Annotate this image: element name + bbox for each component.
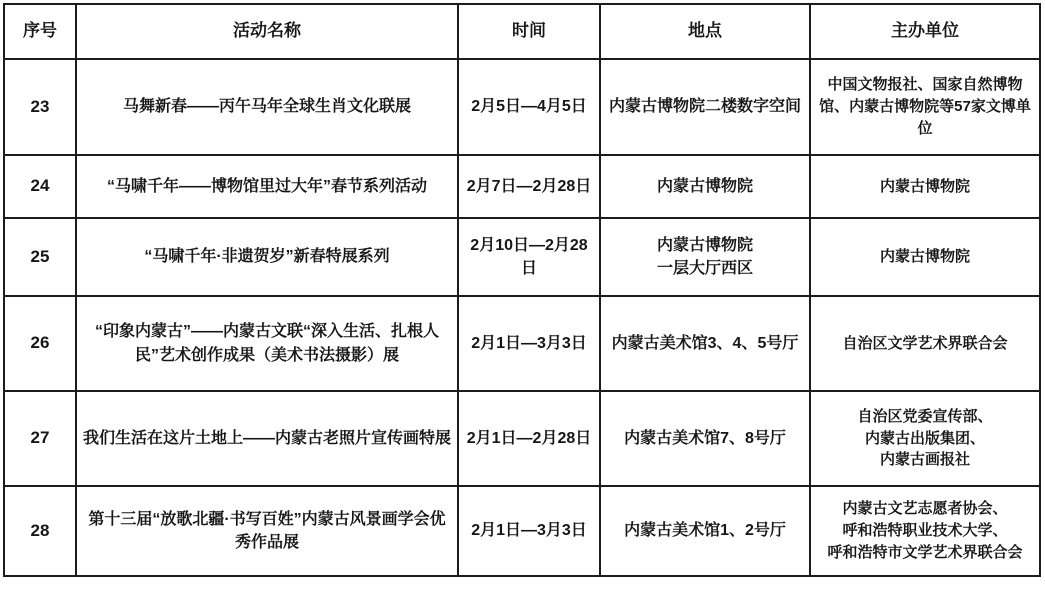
table-row: 27 我们生活在这片土地上——内蒙古老照片宣传画特展 2月1日—2月28日 内蒙… [4,391,1040,486]
header-organizer: 主办单位 [810,4,1040,59]
cell-location: 内蒙古博物院 一层大厅西区 [600,218,810,296]
page: 序号 活动名称 时间 地点 主办单位 23 马舞新春——丙午马年全球生肖文化联展… [0,0,1045,601]
cell-location: 内蒙古美术馆7、8号厅 [600,391,810,486]
header-location: 地点 [600,4,810,59]
table-row: 24 “马啸千年——博物馆里过大年”春节系列活动 2月7日—2月28日 内蒙古博… [4,155,1040,218]
cell-time: 2月5日—4月5日 [458,59,600,155]
cell-time: 2月10日—2月28日 [458,218,600,296]
table-header-row: 序号 活动名称 时间 地点 主办单位 [4,4,1040,59]
table-row: 25 “马啸千年·非遗贺岁”新春特展系列 2月10日—2月28日 内蒙古博物院 … [4,218,1040,296]
cell-organizer: 自治区党委宣传部、 内蒙古出版集团、 内蒙古画报社 [810,391,1040,486]
cell-serial-number: 25 [4,218,76,296]
cell-time: 2月1日—3月3日 [458,486,600,576]
cell-activity-name: “马啸千年·非遗贺岁”新春特展系列 [76,218,458,296]
cell-location: 内蒙古美术馆3、4、5号厅 [600,296,810,391]
cell-serial-number: 28 [4,486,76,576]
cell-location: 内蒙古美术馆1、2号厅 [600,486,810,576]
cell-activity-name: “马啸千年——博物馆里过大年”春节系列活动 [76,155,458,218]
cell-activity-name: 我们生活在这片土地上——内蒙古老照片宣传画特展 [76,391,458,486]
cell-location: 内蒙古博物院 [600,155,810,218]
cell-serial-number: 27 [4,391,76,486]
cell-time: 2月1日—3月3日 [458,296,600,391]
cell-organizer: 自治区文学艺术界联合会 [810,296,1040,391]
cell-serial-number: 24 [4,155,76,218]
cell-serial-number: 23 [4,59,76,155]
header-time: 时间 [458,4,600,59]
cell-location: 内蒙古博物院二楼数字空间 [600,59,810,155]
table-row: 26 “印象内蒙古”——内蒙古文联“深入生活、扎根人民”艺术创作成果（美术书法摄… [4,296,1040,391]
cell-time: 2月1日—2月28日 [458,391,600,486]
cell-organizer: 中国文物报社、国家自然博物馆、内蒙古博物院等57家文博单位 [810,59,1040,155]
activity-table: 序号 活动名称 时间 地点 主办单位 23 马舞新春——丙午马年全球生肖文化联展… [3,3,1041,577]
cell-organizer: 内蒙古博物院 [810,218,1040,296]
cell-organizer: 内蒙古文艺志愿者协会、 呼和浩特职业技术大学、 呼和浩特市文学艺术界联合会 [810,486,1040,576]
cell-activity-name: 马舞新春——丙午马年全球生肖文化联展 [76,59,458,155]
header-activity-name: 活动名称 [76,4,458,59]
header-serial-number: 序号 [4,4,76,59]
cell-serial-number: 26 [4,296,76,391]
table-row: 23 马舞新春——丙午马年全球生肖文化联展 2月5日—4月5日 内蒙古博物院二楼… [4,59,1040,155]
cell-activity-name: 第十三届“放歌北疆·书写百姓”内蒙古风景画学会优秀作品展 [76,486,458,576]
cell-organizer: 内蒙古博物院 [810,155,1040,218]
cell-time: 2月7日—2月28日 [458,155,600,218]
table-row: 28 第十三届“放歌北疆·书写百姓”内蒙古风景画学会优秀作品展 2月1日—3月3… [4,486,1040,576]
cell-activity-name: “印象内蒙古”——内蒙古文联“深入生活、扎根人民”艺术创作成果（美术书法摄影）展 [76,296,458,391]
